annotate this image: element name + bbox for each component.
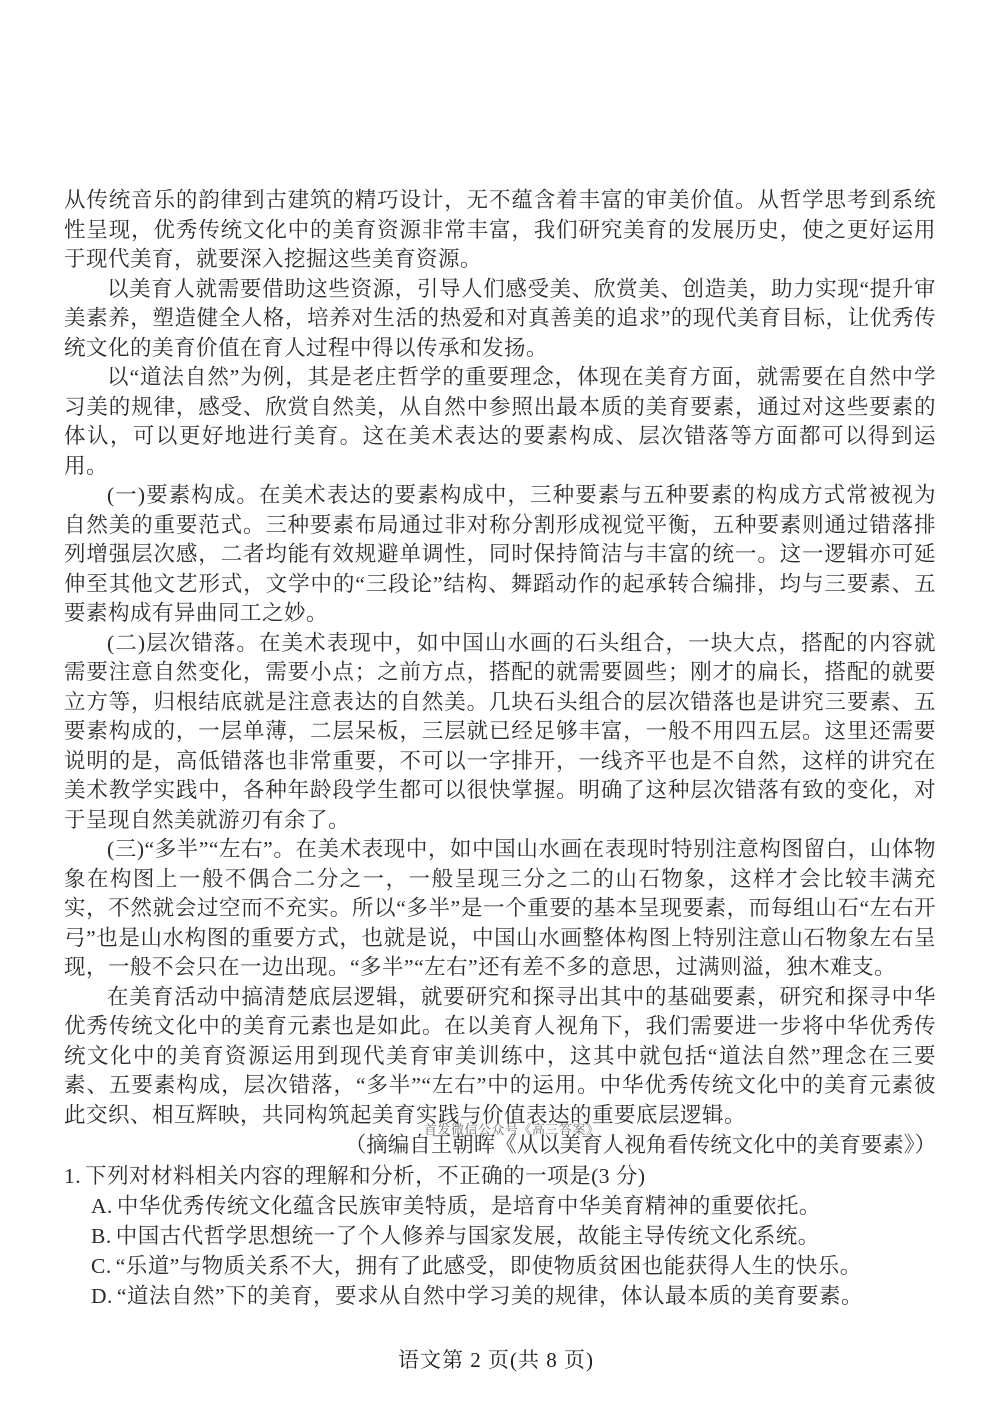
passage-paragraph-5: (二)层次错落。在美术表现中，如中国山水画的石头组合，一块大点，搭配的内容就需要… [64, 629, 936, 836]
option-b-text: 中国古代哲学思想统一了个人修养与国家发展，故能主导传统文化系统。 [116, 1224, 820, 1248]
question-1-stem-text: 下列对材料相关内容的理解和分析，不正确的一项是(3 分) [85, 1164, 645, 1188]
question-1-option-d: D.“道法自然”下的美育，要求从自然中学习美的规律，体认最本质的美育要素。 [64, 1281, 936, 1311]
option-c-text: “乐道”与物质关系不大，拥有了此感受，即使物质贫困也能获得人生的快乐。 [116, 1254, 862, 1278]
question-1-option-c: C.“乐道”与物质关系不大，拥有了此感受，即使物质贫困也能获得人生的快乐。 [64, 1251, 936, 1281]
passage-paragraph-3: 以“道法自然”为例，其是老庄哲学的重要理念，体现在美育方面，就需要在自然中学习美… [64, 363, 936, 481]
question-1-option-a: A.中华优秀传统文化蕴含民族审美特质，是培育中华美育精神的重要依托。 [64, 1191, 936, 1221]
option-d-text: “道法自然”下的美育，要求从自然中学习美的规律，体认最本质的美育要素。 [117, 1284, 863, 1308]
passage-paragraph-1: 从传统音乐的韵律到古建筑的精巧设计，无不蕴含着丰富的审美价值。从哲学思考到系统性… [64, 186, 936, 275]
question-1-number: 1. [64, 1164, 81, 1188]
question-1-stem: 1.下列对材料相关内容的理解和分析，不正确的一项是(3 分) [64, 1161, 936, 1191]
question-1-block: 1.下列对材料相关内容的理解和分析，不正确的一项是(3 分) A.中华优秀传统文… [64, 1161, 936, 1311]
passage-paragraph-2: 以美育人就需要借助这些资源，引导人们感受美、欣赏美、创造美，助力实现“提升审美素… [64, 275, 936, 364]
passage-paragraph-6: (三)“多半”“左右”。在美术表现中，如中国山水画在表现时特别注意构图留白，山体… [64, 835, 936, 983]
passage-paragraph-7: 在美育活动中搞清楚底层逻辑，就要研究和探寻出其中的基础要素，研究和探寻中华优秀传… [64, 983, 936, 1131]
option-b-label: B. [91, 1224, 112, 1248]
question-1-option-b: B.中国古代哲学思想统一了个人修养与国家发展，故能主导传统文化系统。 [64, 1221, 936, 1251]
option-d-label: D. [91, 1284, 113, 1308]
option-a-label: A. [91, 1194, 113, 1218]
passage-paragraph-4: (一)要素构成。在美术表达的要素构成中，三种要素与五种要素的构成方式常被视为自然… [64, 481, 936, 629]
exam-paper-page: 从传统音乐的韵律到古建筑的精巧设计，无不蕴含着丰富的审美价值。从哲学思考到系统性… [0, 0, 992, 1403]
option-a-text: 中华优秀传统文化蕴含民族审美特质，是培育中华美育精神的重要依托。 [117, 1194, 821, 1218]
option-c-label: C. [91, 1254, 112, 1278]
passage-and-question-area: 从传统音乐的韵律到古建筑的精巧设计，无不蕴含着丰富的审美价值。从哲学思考到系统性… [64, 186, 936, 1311]
page-footer: 语文第 2 页(共 8 页) [0, 1344, 992, 1374]
wechat-watermark: 首发微信公众号《高三答案》 [424, 1123, 600, 1137]
